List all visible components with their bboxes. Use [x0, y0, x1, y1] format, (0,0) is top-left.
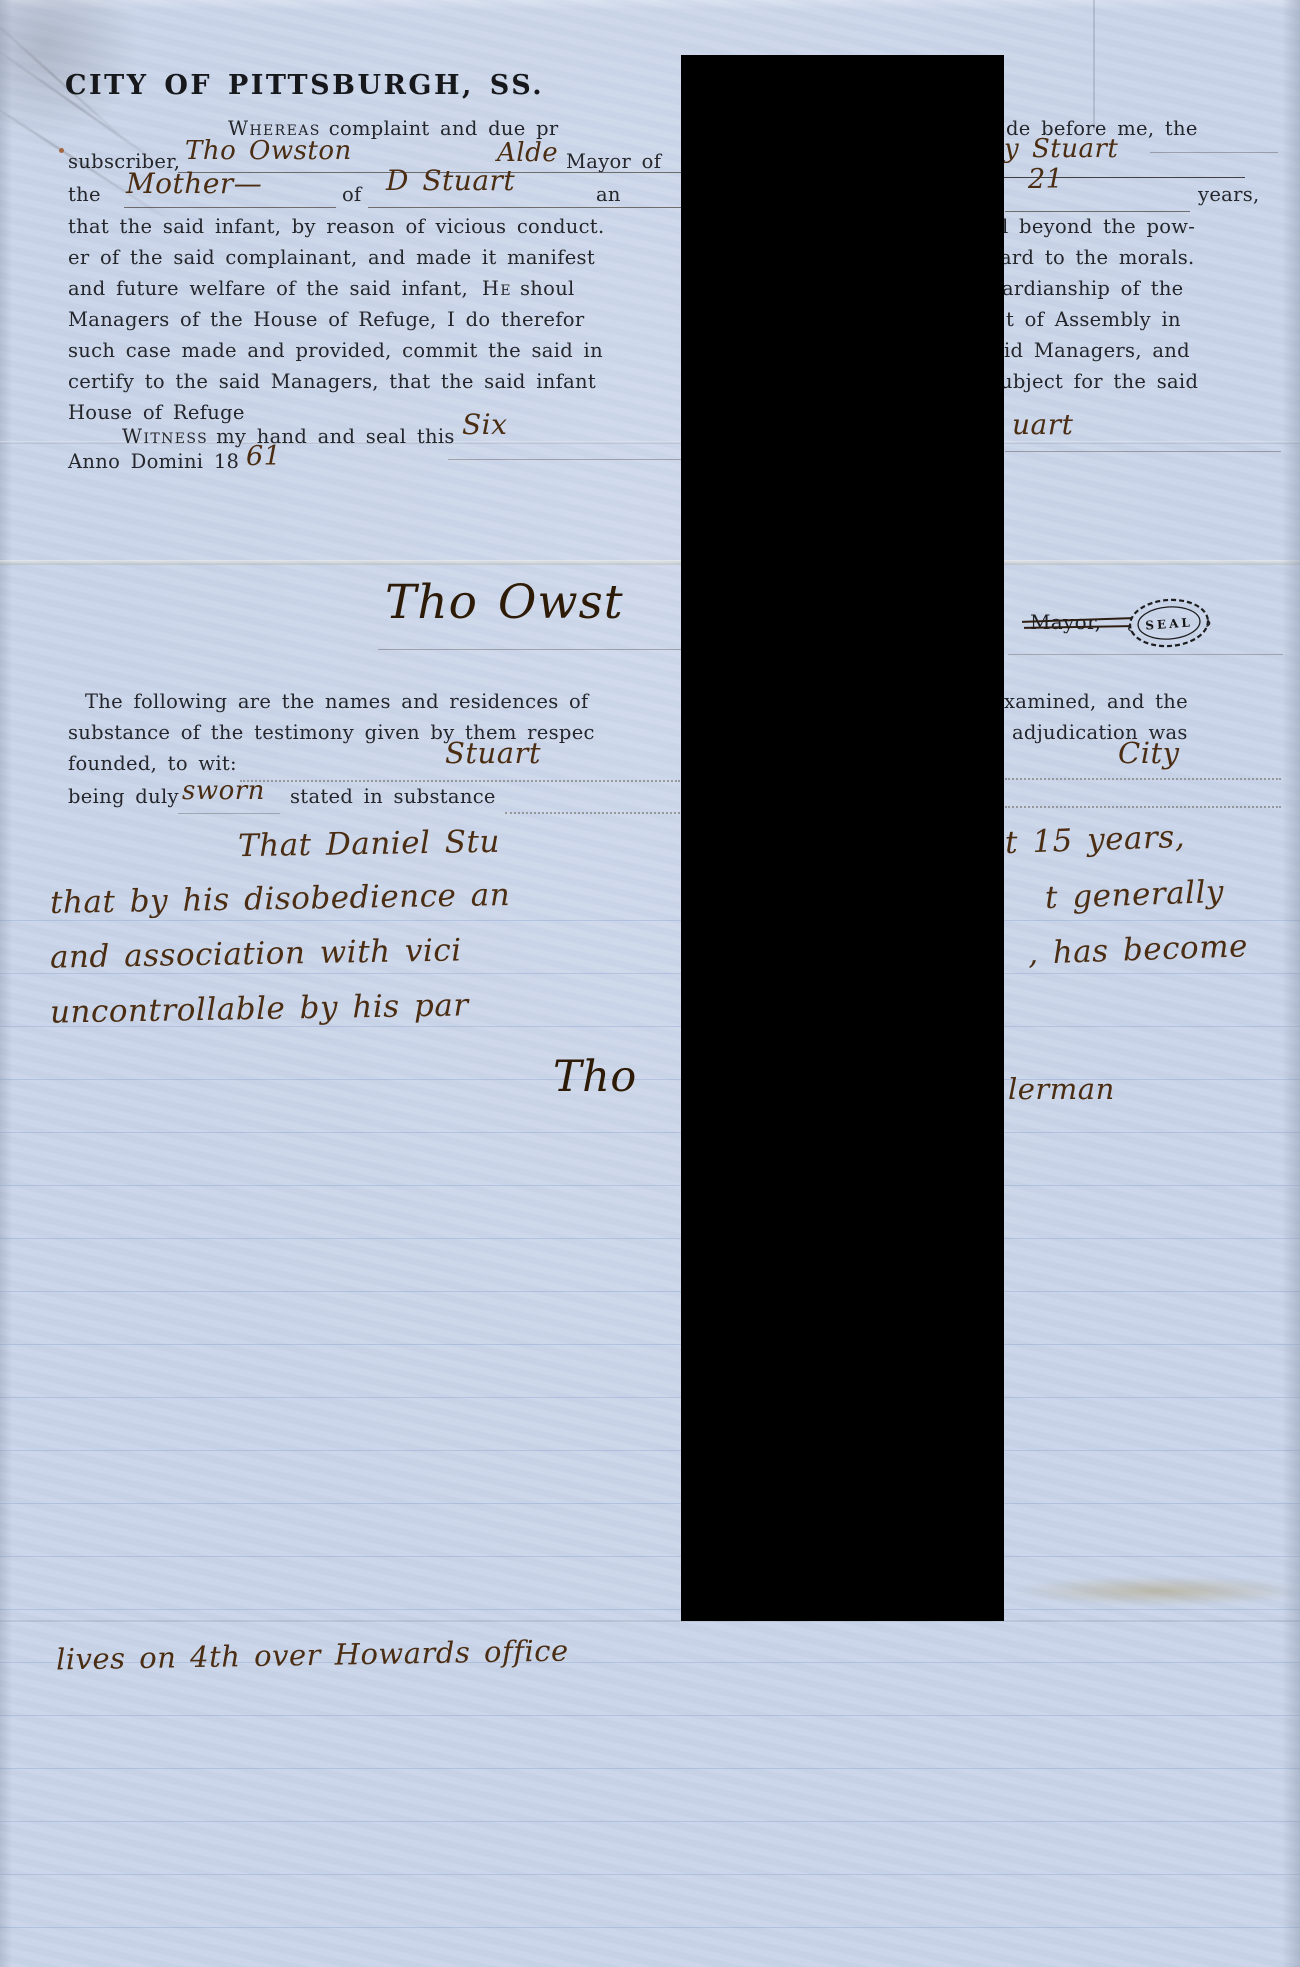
paragraph-line: that the said infant, by reason of vicio…	[68, 215, 604, 238]
the-word: the	[68, 183, 101, 206]
witness-word: Witness	[122, 425, 208, 448]
dotted-blank	[1005, 806, 1281, 808]
handwritten-surname-right: y Stuart	[1004, 134, 1118, 164]
blank-line	[1150, 152, 1278, 153]
testimony-line: uncontrollable by his par	[50, 987, 469, 1030]
text-layer: CITY OF PITTSBURGH, SS. Whereascomplaint…	[0, 0, 1300, 1967]
paragraph-line: Managers of the House of Refuge, I do th…	[68, 308, 584, 331]
signature-line	[378, 649, 690, 650]
handwritten-witness-name: Stuart	[445, 736, 541, 770]
blank-line	[1005, 211, 1190, 212]
redaction-bar	[681, 55, 1004, 1621]
paragraph-line-right: l beyond the pow-	[1002, 215, 1195, 238]
handwritten-infant-name: D Stuart	[386, 164, 515, 197]
document-scan: CITY OF PITTSBURGH, SS. Whereascomplaint…	[0, 0, 1300, 1967]
handwritten-day-right: uart	[1012, 408, 1073, 441]
dotted-blank	[505, 812, 680, 814]
seal-text: SEAL	[1145, 615, 1193, 632]
testimony-line: that by his disobedience an	[50, 877, 511, 921]
seal-stamp-icon: SEAL	[1124, 591, 1214, 655]
handwritten-sworn: sworn	[182, 776, 265, 806]
blank-line	[368, 207, 681, 208]
testimony-line: and association with vici	[50, 932, 462, 975]
stated-label: stated in substance	[290, 785, 496, 808]
anno-domini-label: Anno Domini 18	[68, 450, 239, 473]
handwritten-relation: Mother—	[126, 167, 262, 200]
paragraph-line-right: ubject for the said	[1000, 370, 1198, 393]
line1-left-text: complaint and due pr	[329, 117, 559, 140]
mayor-of-printed: Mayor of	[566, 150, 661, 173]
paragraph-line: House of Refuge	[68, 401, 245, 424]
paragraph-line-right: ard to the morals.	[1000, 246, 1195, 269]
paragraph-line: certify to the said Managers, that the s…	[68, 370, 596, 393]
testimony-signature-right: lerman	[1008, 1072, 1115, 1106]
following-line-right: xamined, and the	[1004, 690, 1188, 713]
testimony-line-right: , has become	[1027, 928, 1248, 972]
blank-line	[1005, 451, 1281, 452]
document-title: CITY OF PITTSBURGH, SS.	[65, 70, 544, 101]
handwritten-complainant-name: Tho Owston	[185, 136, 352, 166]
handwritten-age: 21	[1028, 164, 1063, 195]
handwritten-day: Six	[462, 408, 507, 441]
being-duly-label: being duly	[68, 785, 179, 808]
testimony-line-right: t 15 years,	[1004, 819, 1185, 861]
of-word: of	[342, 183, 362, 206]
blank-line	[178, 813, 280, 814]
paragraph-line: shoul	[520, 277, 575, 300]
handwritten-signature: Tho Owst	[385, 575, 624, 630]
testimony-line: That Daniel Stu	[238, 824, 501, 865]
an-word: an	[596, 183, 621, 206]
he-word: He	[482, 277, 512, 300]
testimony-signature: Tho	[553, 1052, 637, 1102]
years-word: years,	[1198, 183, 1260, 206]
blank-line	[124, 207, 336, 208]
testimony-line-right: t generally	[1044, 874, 1224, 916]
paragraph-line: er of the said complainant, and made it …	[68, 246, 595, 269]
paragraph-line-right: ardianship of the	[1002, 277, 1184, 300]
handwritten-residence: City	[1118, 736, 1180, 770]
signature-line	[1008, 654, 1283, 655]
paragraph-line-right: t of Assembly in	[1006, 308, 1181, 331]
dotted-blank	[1005, 778, 1281, 780]
paragraph-line: and future welfare of the said infant,	[68, 277, 468, 300]
founded-label: founded, to wit:	[68, 752, 237, 775]
dotted-blank	[240, 780, 680, 782]
paragraph-line-right: id Managers, and	[1004, 339, 1190, 362]
blank-line	[448, 459, 681, 460]
handwritten-year: 61	[246, 441, 281, 472]
paragraph-line: such case made and provided, commit the …	[68, 339, 603, 362]
bottom-note: lives on 4th over Howards office	[56, 1634, 569, 1677]
following-line: The following are the names and residenc…	[85, 690, 589, 713]
